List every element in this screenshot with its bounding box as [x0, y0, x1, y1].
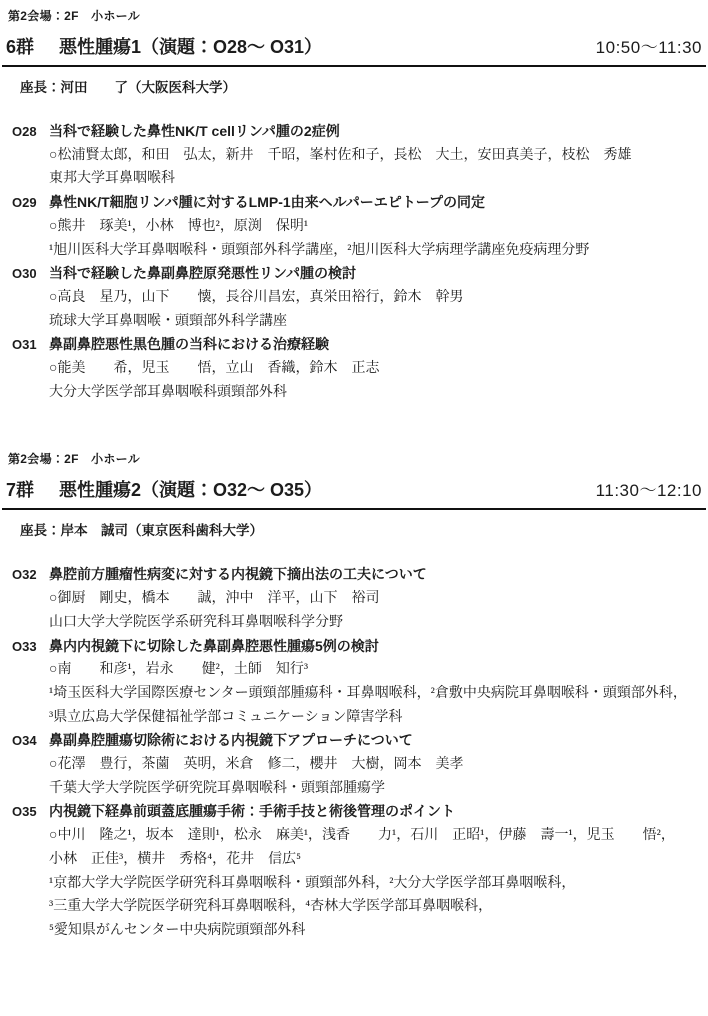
session-divider-rule [2, 65, 706, 67]
presentation-code: O32 [12, 563, 49, 587]
presentation-body: 鼻腔前方腫瘤性病変に対する内視鏡下摘出法の工夫について ○御厨 剛史，橋本 誠，… [49, 563, 708, 634]
session-group: 6群 [6, 33, 59, 59]
venue-line: 第2会場：2F 小ホール [8, 7, 708, 24]
presentation-title: 当科で経験した鼻性NK/T cellリンパ腫の2症例 [49, 120, 704, 144]
presentation-body: 鼻内内視鏡下に切除した鼻副鼻腔悪性腫瘍5例の検討 ○南 和彦¹，岩永 健²，土師… [49, 635, 708, 730]
presentation-affiliation: ¹埼玉医科大学国際医療センター頭頸部腫瘍科・耳鼻咽喉科，²倉敷中央病院耳鼻咽喉科… [49, 682, 704, 706]
presentation-affiliation: ¹旭川医科大学耳鼻咽喉科・頭頸部外科学講座，²旭川医科大学病理学講座免疫病理分野 [49, 239, 704, 263]
presentation-affiliation: 琉球大学耳鼻咽喉・頭頸部外科学講座 [49, 310, 704, 334]
presentation-entry: O35 内視鏡下経鼻前頭蓋底腫瘍手術：手術手技と術後管理のポイント ○中川 隆之… [0, 800, 708, 942]
presentation-affiliation: ³県立広島大学保健福祉学部コミュニケーション障害学科 [49, 706, 704, 730]
presentation-list: O32 鼻腔前方腫瘤性病変に対する内視鏡下摘出法の工夫について ○御厨 剛史，橋… [0, 563, 708, 942]
presentation-entry: O34 鼻副鼻腔腫瘍切除術における内視鏡下アプローチについて ○花澤 豊行，茶薗… [0, 729, 708, 800]
session-group: 7群 [6, 476, 59, 502]
presentation-entry: O33 鼻内内視鏡下に切除した鼻副鼻腔悪性腫瘍5例の検討 ○南 和彦¹，岩永 健… [0, 635, 708, 730]
presentation-code: O30 [12, 262, 49, 286]
presentation-entry: O30 当科で経験した鼻副鼻腔原発悪性リンパ腫の検討 ○高良 星乃，山下 懐，長… [0, 262, 708, 333]
session-title: 悪性腫瘍1（演題：O28～ O31） [59, 33, 596, 59]
presentation-authors: ○熊井 琢美¹，小林 博也²，原渕 保明¹ [49, 215, 704, 239]
session-header: 6群 悪性腫瘍1（演題：O28～ O31） 10:50～11:30 [6, 33, 702, 59]
presentation-title: 当科で経験した鼻副鼻腔原発悪性リンパ腫の検討 [49, 262, 704, 286]
presentation-body: 鼻副鼻腔腫瘍切除術における内視鏡下アプローチについて ○花澤 豊行，茶薗 英明，… [49, 729, 708, 800]
presentation-body: 内視鏡下経鼻前頭蓋底腫瘍手術：手術手技と術後管理のポイント ○中川 隆之¹，坂本… [49, 800, 708, 942]
session-time: 10:50～11:30 [596, 33, 702, 58]
presentation-affiliation: ¹京都大学大学院医学研究科耳鼻咽喉科・頭頸部外科，²大分大学医学部耳鼻咽喉科， [49, 872, 704, 896]
presentation-body: 当科で経験した鼻副鼻腔原発悪性リンパ腫の検討 ○高良 星乃，山下 懐，長谷川昌宏… [49, 262, 708, 333]
session-time: 11:30～12:10 [596, 476, 702, 501]
presentation-affiliation: 大分大学医学部耳鼻咽喉科頭頸部外科 [49, 381, 704, 405]
venue-line: 第2会場：2F 小ホール [8, 450, 708, 467]
session-block-6: 第2会場：2F 小ホール 6群 悪性腫瘍1（演題：O28～ O31） 10:50… [0, 7, 708, 404]
presentation-authors: ○御厨 剛史，橋本 誠，沖中 洋平，山下 裕司 [49, 587, 704, 611]
chair-line: 座長：河田 了（大阪医科大学） [20, 76, 708, 96]
presentation-authors: ○中川 隆之¹，坂本 達則¹，松永 麻美¹，浅香 力¹，石川 正昭¹，伊藤 壽一… [49, 824, 704, 848]
presentation-body: 当科で経験した鼻性NK/T cellリンパ腫の2症例 ○松浦賢太郎，和田 弘太，… [49, 120, 708, 191]
presentation-title: 鼻腔前方腫瘤性病変に対する内視鏡下摘出法の工夫について [49, 563, 704, 587]
presentation-entry: O31 鼻副鼻腔悪性黒色腫の当科における治療経験 ○能美 希，児玉 悟，立山 香… [0, 333, 708, 404]
session-block-7: 第2会場：2F 小ホール 7群 悪性腫瘍2（演題：O32～ O35） 11:30… [0, 450, 708, 942]
presentation-code: O28 [12, 120, 49, 144]
presentation-affiliation: ³三重大学大学院医学研究科耳鼻咽喉科，⁴杏林大学医学部耳鼻咽喉科， [49, 895, 704, 919]
presentation-authors: ○松浦賢太郎，和田 弘太，新井 千昭，峯村佐和子，長松 大土，安田真美子，枝松 … [49, 144, 704, 168]
presentation-authors: ○高良 星乃，山下 懐，長谷川昌宏，真栄田裕行，鈴木 幹男 [49, 286, 704, 310]
presentation-entry: O32 鼻腔前方腫瘤性病変に対する内視鏡下摘出法の工夫について ○御厨 剛史，橋… [0, 563, 708, 634]
presentation-authors: ○南 和彦¹，岩永 健²，土師 知行³ [49, 658, 704, 682]
presentation-code: O35 [12, 800, 49, 824]
presentation-code: O33 [12, 635, 49, 659]
chair-line: 座長：岸本 誠司（東京医科歯科大学） [20, 519, 708, 539]
presentation-affiliation: ⁵愛知県がんセンター中央病院頭頸部外科 [49, 919, 704, 943]
presentation-authors: ○能美 希，児玉 悟，立山 香織，鈴木 正志 [49, 357, 704, 381]
program-page: 第2会場：2F 小ホール 6群 悪性腫瘍1（演題：O28～ O31） 10:50… [0, 0, 708, 1016]
presentation-code: O31 [12, 333, 49, 357]
session-header: 7群 悪性腫瘍2（演題：O32～ O35） 11:30～12:10 [6, 476, 702, 502]
presentation-entry: O29 鼻性NK/T細胞リンパ腫に対するLMP-1由来ヘルパーエピトープの同定 … [0, 191, 708, 262]
presentation-affiliation: 千葉大学大学院医学研究院耳鼻咽喉科・頭頸部腫瘍学 [49, 777, 704, 801]
presentation-title: 鼻副鼻腔悪性黒色腫の当科における治療経験 [49, 333, 704, 357]
presentation-entry: O28 当科で経験した鼻性NK/T cellリンパ腫の2症例 ○松浦賢太郎，和田… [0, 120, 708, 191]
presentation-title: 鼻性NK/T細胞リンパ腫に対するLMP-1由来ヘルパーエピトープの同定 [49, 191, 704, 215]
presentation-title: 内視鏡下経鼻前頭蓋底腫瘍手術：手術手技と術後管理のポイント [49, 800, 704, 824]
presentation-code: O29 [12, 191, 49, 215]
presentation-authors: 小林 正佳³，横井 秀格⁴，花井 信広⁵ [49, 848, 704, 872]
presentation-authors: ○花澤 豊行，茶薗 英明，米倉 修二，櫻井 大樹，岡本 美孝 [49, 753, 704, 777]
session-divider-rule [2, 508, 706, 510]
presentation-body: 鼻副鼻腔悪性黒色腫の当科における治療経験 ○能美 希，児玉 悟，立山 香織，鈴木… [49, 333, 708, 404]
presentation-body: 鼻性NK/T細胞リンパ腫に対するLMP-1由来ヘルパーエピトープの同定 ○熊井 … [49, 191, 708, 262]
presentation-code: O34 [12, 729, 49, 753]
presentation-title: 鼻副鼻腔腫瘍切除術における内視鏡下アプローチについて [49, 729, 704, 753]
presentation-title: 鼻内内視鏡下に切除した鼻副鼻腔悪性腫瘍5例の検討 [49, 635, 704, 659]
presentation-affiliation: 山口大学大学院医学系研究科耳鼻咽喉科学分野 [49, 611, 704, 635]
presentation-list: O28 当科で経験した鼻性NK/T cellリンパ腫の2症例 ○松浦賢太郎，和田… [0, 120, 708, 404]
session-title: 悪性腫瘍2（演題：O32～ O35） [59, 476, 596, 502]
presentation-affiliation: 東邦大学耳鼻咽喉科 [49, 167, 704, 191]
